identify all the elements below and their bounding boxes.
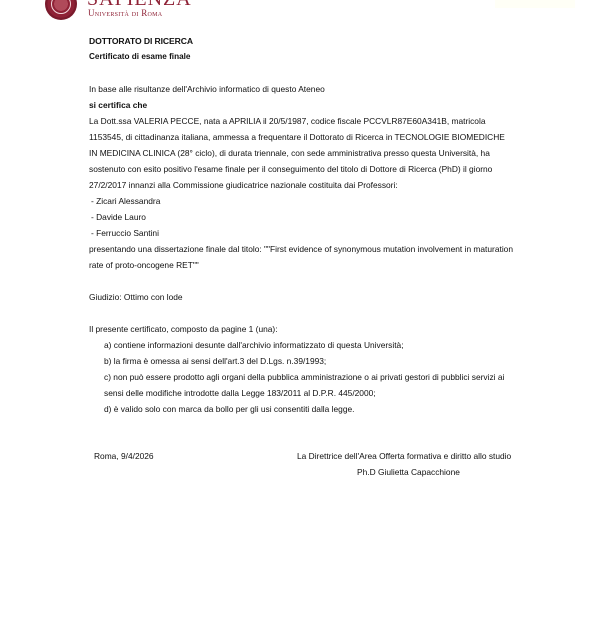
paragraph-line: La Dott.ssa VALERIA PECCE, nata a APRILI… bbox=[89, 113, 559, 129]
clause-d: d) è valido solo con marca da bollo per … bbox=[89, 401, 559, 417]
signer-role: La Direttrice dell'Area Offerta formativ… bbox=[297, 448, 557, 464]
logo-subtitle: Università di Roma bbox=[88, 8, 162, 18]
signature-block: La Direttrice dell'Area Offerta formativ… bbox=[297, 448, 557, 480]
dissertation-line: presentando una dissertazione finale dal… bbox=[89, 241, 559, 257]
paragraph-line: 27/2/2017 innanzi alla Commissione giudi… bbox=[89, 177, 559, 193]
intro-text: In base alle risultanze dell'Archivio in… bbox=[89, 81, 559, 97]
certificate-body: DOTTORATO DI RICERCA Certificato di esam… bbox=[89, 33, 559, 417]
paragraph-line: sostenuto con esito positivo l'esame fin… bbox=[89, 161, 559, 177]
paragraph-line: 1153545, di cittadinanza italiana, ammes… bbox=[89, 129, 559, 145]
certificate-note: Il presente certificato, composto da pag… bbox=[89, 321, 559, 337]
document-title: DOTTORATO DI RICERCA bbox=[89, 33, 559, 49]
clause-c-continued: sensi delle modifiche introdotte dalla L… bbox=[89, 385, 559, 401]
university-seal-icon bbox=[45, 0, 77, 20]
paragraph-line: IN MEDICINA CLINICA (28° ciclo), di dura… bbox=[89, 145, 559, 161]
clause-c: c) non può essere prodotto agli organi d… bbox=[89, 369, 559, 385]
clause-b: b) la firma è omessa ai sensi dell'art.3… bbox=[89, 353, 559, 369]
top-tint-strip bbox=[495, 0, 575, 8]
place-date: Roma, 9/4/2026 bbox=[94, 448, 154, 464]
dissertation-line: rate of proto-oncogene RET"" bbox=[89, 257, 559, 273]
signer-name: Ph.D Giulietta Capacchione bbox=[297, 464, 557, 480]
committee-member: - Davide Lauro bbox=[89, 209, 559, 225]
committee-member: - Zicari Alessandra bbox=[89, 193, 559, 209]
certifies-label: si certifica che bbox=[89, 97, 559, 113]
document-subtitle: Certificato di esame finale bbox=[89, 49, 559, 65]
university-logo: SAPIENZA Università di Roma bbox=[45, 0, 185, 24]
committee-member: - Ferruccio Santini bbox=[89, 225, 559, 241]
judgement: Giudizio: Ottimo con lode bbox=[89, 289, 559, 305]
clause-a: a) contiene informazioni desunte dall'ar… bbox=[89, 337, 559, 353]
